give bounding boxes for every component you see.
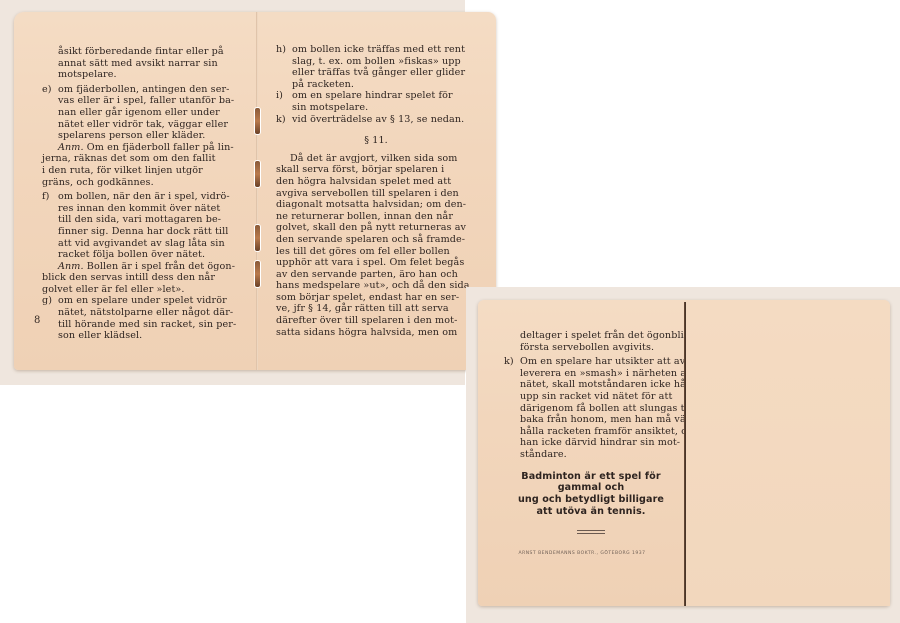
text-line: nätet eller vidrör tak, väggar eller xyxy=(58,119,248,131)
text-line: den högra halvsidan spelet med att xyxy=(276,176,476,188)
rule-item-h: h) om bollen icke träffas med ett rent s… xyxy=(276,44,476,90)
text-line: på racketen. xyxy=(292,79,476,91)
text-line: motspelare. xyxy=(58,69,248,81)
item-label: f) xyxy=(42,191,50,203)
text-line: les till det göres om fel eller bollen xyxy=(276,246,476,258)
text-line: res innan den kommit över nätet xyxy=(58,203,248,215)
text-line: Då det är avgjort, vilken sida som xyxy=(276,153,476,165)
text-line: ståndare. xyxy=(520,449,678,461)
motto-line: ung och betydligt billigare xyxy=(504,494,678,506)
note-label: Anm. xyxy=(58,142,84,153)
text-line: eller träffas två gånger eller glider xyxy=(292,67,476,79)
text-line: nätet, skall motståndaren icke hålla xyxy=(520,379,678,391)
text-line: hans medspelare »ut», och då den sida, xyxy=(276,280,476,292)
text-line: därigenom få bollen att slungas till- xyxy=(520,403,678,415)
text-line: om fjäderbollen, antingen den ser- xyxy=(58,84,248,96)
text-line: slag, t. ex. om bollen »fiskas» upp xyxy=(292,56,476,68)
text-line: sin motspelare. xyxy=(292,102,476,114)
text-line: racket följa bollen över nätet. xyxy=(58,249,248,261)
text-line: Om en spelare har utsikter att av- xyxy=(520,356,678,368)
text-line: om en spelare under spelet vidrör xyxy=(58,295,248,307)
closing-motto: Badminton är ett spel för gammal och ung… xyxy=(504,471,678,518)
booklet-spread-pages-8-9: åsikt förberedande fintar eller på annat… xyxy=(14,12,496,370)
text-line: golvet, skall den på nytt returneras av xyxy=(276,222,476,234)
text-line: vid överträdelse av § 13, se nedan. xyxy=(292,114,476,126)
text-line: Om en fjäderboll faller på lin- xyxy=(84,142,234,153)
page-9: h) om bollen icke träffas med ett rent s… xyxy=(257,12,496,370)
item-label: g) xyxy=(42,295,52,307)
text-line: om bollen, när den är i spel, vidrö- xyxy=(58,191,248,203)
item-label: k) xyxy=(276,114,286,126)
text-line: åsikt förberedande fintar eller på xyxy=(58,46,248,58)
text-line: leverera en »smash» i närheten av xyxy=(520,368,678,380)
text-line: upphör att vara i spel. Om felet begås xyxy=(276,257,476,269)
rule-item-f: f) om bollen, när den är i spel, vidrö- … xyxy=(42,191,248,261)
text-line: golvet eller är fel eller »let». xyxy=(42,284,248,296)
text-line: därefter över till spelaren i den mot- xyxy=(276,315,476,327)
text-line: han icke därvid hindrar sin mot- xyxy=(520,437,678,449)
item-label: k) xyxy=(504,356,514,368)
text-line: ne returnerar bollen, innan den når xyxy=(276,211,476,223)
note-anm-1: Anm. Om en fjäderboll faller på lin- jer… xyxy=(42,142,248,188)
text-line: hålla racketen framför ansiktet, om xyxy=(520,426,678,438)
text-line: jerna, räknas det som om den fallit xyxy=(42,153,248,165)
text-line: som börjar spelet, endast har en ser- xyxy=(276,292,476,304)
text-line: avgiva servebollen till spelaren i den xyxy=(276,188,476,200)
item-label: i) xyxy=(276,90,283,102)
text-line: om bollen icke träffas med ett rent xyxy=(292,44,476,56)
last-page-text: deltager i spelet från det ögonblick för… xyxy=(504,330,678,534)
text-line: av den servande parten, äro han och xyxy=(276,269,476,281)
text-line: första servebollen avgivits. xyxy=(520,342,678,354)
text-line: upp sin racket vid nätet för att xyxy=(520,391,678,403)
section-heading: § 11. xyxy=(276,135,476,147)
text-line: nätet, nätstolparne eller något där- xyxy=(58,307,248,319)
motto-line: att utöva än tennis. xyxy=(504,506,678,518)
text-line: att vid avgivandet av slag låta sin xyxy=(58,238,248,250)
text-line: annat sätt med avsikt narrar sin xyxy=(58,58,248,70)
text-line: nan eller går igenom eller under xyxy=(58,107,248,119)
booklet-spread-last-pages: deltager i spelet från det ögonblick för… xyxy=(478,300,890,606)
note-label: Anm. xyxy=(58,261,84,272)
item-label: h) xyxy=(276,44,286,56)
text-line: deltager i spelet från det ögonblick xyxy=(520,330,678,342)
text-line: blick den servas intill dess den når xyxy=(42,272,248,284)
blank-back-cover-page xyxy=(686,300,890,606)
text-line: om en spelare hindrar spelet för xyxy=(292,90,476,102)
text-line: vas eller är i spel, faller utanför ba- xyxy=(58,95,248,107)
page-number: 8 xyxy=(34,315,40,326)
text-line: satta sidans högra halvsida, men om xyxy=(276,327,476,339)
text-line: gräns, och godkännes. xyxy=(42,177,248,189)
last-text-page: deltager i spelet från det ögonblick för… xyxy=(478,300,686,606)
printer-imprint: ARNST BENDEMANNS BOKTR., GÖTEBORG 1937 xyxy=(478,551,686,556)
page-8-text: åsikt förberedande fintar eller på annat… xyxy=(58,46,248,342)
rule-item-e: e) om fjäderbollen, antingen den ser- va… xyxy=(42,84,248,142)
text-line: skall serva först, börjar spelaren i xyxy=(276,164,476,176)
motto-line: Badminton är ett spel för gammal och xyxy=(504,471,678,495)
page-8: åsikt förberedande fintar eller på annat… xyxy=(14,12,257,370)
text-line: finner sig. Denna har dock rätt till xyxy=(58,226,248,238)
text-line: Bollen är i spel från det ögon- xyxy=(84,261,235,272)
text-line: till den sida, vari mottagaren be- xyxy=(58,214,248,226)
text-line: ve, jfr § 14, går rätten till att serva xyxy=(276,303,476,315)
text-line: i den ruta, för vilket linjen utgör xyxy=(42,165,248,177)
rule-item-i: i) om en spelare hindrar spelet för sin … xyxy=(276,90,476,113)
text-line: till hörande med sin racket, sin per- xyxy=(58,319,248,331)
item-label: e) xyxy=(42,84,52,96)
text-line: den servande spelaren och så framde- xyxy=(276,234,476,246)
page-9-text: h) om bollen icke träffas med ett rent s… xyxy=(276,44,476,338)
rule-item-g: g) om en spelare under spelet vidrör nät… xyxy=(42,295,248,341)
note-anm-2: Anm. Bollen är i spel från det ögon- bli… xyxy=(42,261,248,296)
text-line: diagonalt motsatta halvsidan; om den- xyxy=(276,199,476,211)
rule-item-k: k) Om en spelare har utsikter att av- le… xyxy=(504,356,678,460)
section-11-paragraph: Då det är avgjort, vilken sida som skall… xyxy=(276,153,476,339)
double-rule-divider xyxy=(577,530,605,534)
rule-item-k: k) vid överträdelse av § 13, se nedan. xyxy=(276,114,476,126)
text-line: son eller klädsel. xyxy=(58,330,248,342)
text-line: baka från honom, men han må väl xyxy=(520,414,678,426)
text-line: spelarens person eller kläder. xyxy=(58,130,248,142)
